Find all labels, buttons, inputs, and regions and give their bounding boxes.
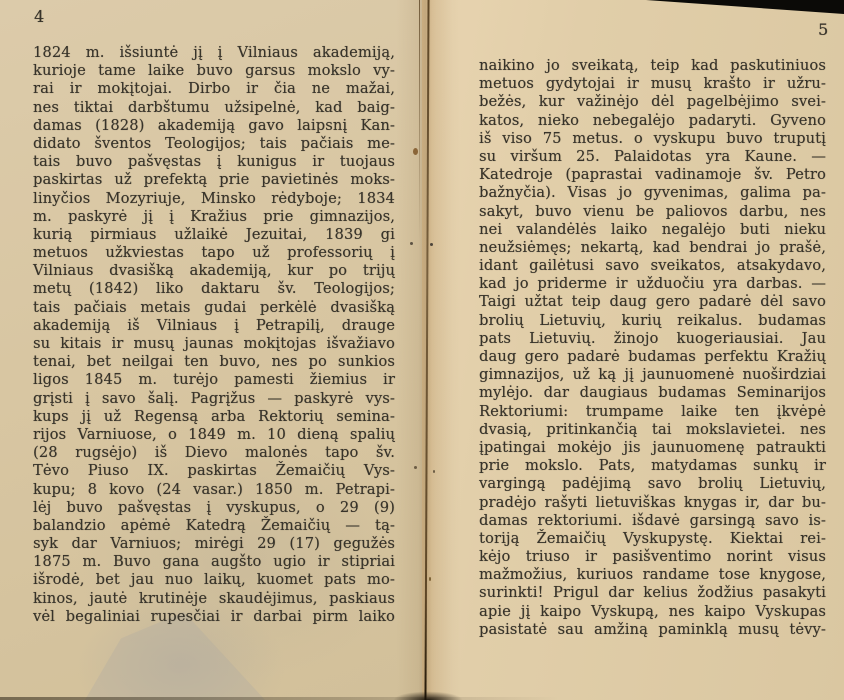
text-line: metuos užkviestas tapo už professorių į (33, 244, 395, 262)
paper-speck (433, 470, 435, 473)
text-line: metuos gydytojai ir musų krašto ir užru- (479, 75, 826, 93)
text-line: kėjo triuso ir pasišventimo norint visus (479, 548, 826, 566)
text-line: mažmožius, kuriuos randame tose knygose, (479, 566, 826, 584)
text-line: įpatingai mokėjo jis jaunuomenę patraukt… (479, 439, 826, 457)
text-line: mylėjo. dar daugiaus budamas Seminarijos (479, 384, 826, 402)
text-line: toriją Žemaičių Vyskupystę. Kiektai rei- (479, 530, 826, 548)
text-line: damas rektoriumi. išdavė garsingą savo i… (479, 512, 826, 530)
text-line: naikino jo sveikatą, teip kad paskutiniu… (479, 57, 826, 75)
text-line: kurioje tame laike buvo garsus mokslo vy… (33, 62, 395, 80)
book-photo: 4 1824 m. išsiuntė jį į Vilniaus akademi… (0, 0, 844, 700)
text-line: gimnazijos, už ką jį jaunuomenė nuoširdz… (479, 366, 826, 384)
text-line: kups jį už Regensą arba Rektorių semina- (33, 408, 395, 426)
text-line: su viršum 25. Palaidotas yra Kaune. — (479, 148, 826, 166)
text-line: vargingą padėjimą savo brolių Lietuvių, (479, 475, 826, 493)
text-line: apie jį kaipo Vyskupą, nes kaipo Vyskupa… (479, 603, 826, 621)
page-right-text: naikino jo sveikatą, teip kad paskutiniu… (479, 57, 826, 639)
text-line: bežės, kur važinėjo dėl pagelbėjimo svei… (479, 93, 826, 111)
text-line: prie mokslo. Pats, matydamas sunkų ir (479, 457, 826, 475)
text-line: 1824 m. išsiuntė jį į Vilniaus akademiją… (33, 44, 395, 62)
text-line: vėl begaliniai rupesčiai ir darbai pirm … (33, 608, 395, 626)
text-line: bažnyčia). Visas jo gyvenimas, galima pa… (479, 184, 826, 202)
paper-speck (429, 577, 431, 581)
text-line: pats Lietuvių. žinojo kuogeriausiai. Jau (479, 330, 826, 348)
text-line: idant gailėtusi savo sveikatos, atsakyda… (479, 257, 826, 275)
text-line: tenai, bet neilgai ten buvo, nes po sunk… (33, 353, 395, 371)
text-line: damas (1828) akademiją gavo laipsnį Kan- (33, 117, 395, 135)
text-line: iš viso 75 metus. o vyskupu buvo truputį (479, 130, 826, 148)
text-line: Taigi užtat teip daug gero padarė dėl sa… (479, 293, 826, 311)
text-line: kinos, jautė krutinėje skaudėjimus, pask… (33, 590, 395, 608)
text-line: m. paskyrė jį į Kražius prie gimnazijos, (33, 208, 395, 226)
text-line: pasistatė sau amžiną paminklą musų tėvy- (479, 621, 826, 639)
page-right: 5 naikino jo sveikatą, teip kad paskutin… (422, 0, 844, 700)
text-line: nes tiktai darbštumu užsipelnė, kad baig… (33, 99, 395, 117)
text-line: tais pačiais metais gudai perkėlė dvasiš… (33, 299, 395, 317)
page-number-left: 4 (34, 7, 44, 26)
text-line: Vilniaus dvasišką akademiją, kur po trij… (33, 262, 395, 280)
paper-speck (430, 243, 433, 246)
text-line: lėj buvo pašvęstas į vyskupus, o 29 (9) (33, 499, 395, 517)
text-line: 1875 m. Buvo gana augšto ugio ir stipria… (33, 553, 395, 571)
text-line: surinkti! Prigul dar kelius žodžius pasa… (479, 584, 826, 602)
page-left: 4 1824 m. išsiuntė jį į Vilniaus akademi… (0, 0, 422, 700)
page-number-right: 5 (818, 20, 828, 39)
text-line: rai ir mokįtojai. Dirbo ir čia ne mažai, (33, 80, 395, 98)
text-line: brolių Lietuvių, kurių reikalus. budamas (479, 312, 826, 330)
text-line: kupu; 8 kovo (24 vasar.) 1850 m. Petrapi… (33, 481, 395, 499)
text-line: Rektoriumi: trumpame laike ten įkvėpė (479, 403, 826, 421)
page-left-text: 1824 m. išsiuntė jį į Vilniaus akademiją… (33, 44, 395, 626)
text-line: (28 rugsėjo) iš Dievo malonės tapo šv. (33, 444, 395, 462)
text-line: metų (1842) liko daktaru šv. Teologijos; (33, 280, 395, 298)
text-line: didato šventos Teologijos; tais pačiais … (33, 135, 395, 153)
text-line: daug gero padarė budamas perfektu Kražių (479, 348, 826, 366)
text-line: dvasią, pritinkančią tai mokslavietei. n… (479, 421, 826, 439)
text-line: linyčios Mozyriuje, Minsko rėdyboje; 183… (33, 190, 395, 208)
text-line: kurią pirmiaus užlaikė Jezuitai, 1839 gi (33, 226, 395, 244)
text-line: neužsiėmęs; nekartą, kad bendrai jo praš… (479, 239, 826, 257)
text-line: rijos Varniuose, o 1849 m. 10 dieną spal… (33, 426, 395, 444)
text-line: su kitais ir musų jaunas mokįtojas išvaž… (33, 335, 395, 353)
paper-speck (413, 148, 418, 155)
text-line: sakyt, buvo vienu be paliovos darbu, nes (479, 203, 826, 221)
text-line: ligos 1845 m. turėjo pamesti žiemius ir (33, 371, 395, 389)
text-line: tais buvo pašvęstas į kunigus ir tuojaus (33, 153, 395, 171)
text-line: pradėjo rašyti lietuviškas knygas ir, da… (479, 494, 826, 512)
text-line: akademiją iš Vilniaus į Petrapilį, draug… (33, 317, 395, 335)
text-line: Katedroje (paprastai vadinamoje šv. Petr… (479, 166, 826, 184)
text-line: išrodė, bet jau nuo laikų, kuomet pats m… (33, 571, 395, 589)
text-line: grįsti į savo šalį. Pagrįžus — paskyrė v… (33, 390, 395, 408)
text-line: paskirtas už prefektą prie pavietinės mo… (33, 171, 395, 189)
paper-speck (414, 466, 417, 469)
text-line: nei valandėlės laiko negalėjo buti nieku (479, 221, 826, 239)
text-line: syk dar Varniuos; mirėgi 29 (17) gegužės (33, 535, 395, 553)
text-line: kad jo priderme ir užduočiu yra darbas. … (479, 275, 826, 293)
paper-speck (410, 242, 413, 245)
text-line: balandzio apėmė Katedrą Žemaičių — tą- (33, 517, 395, 535)
text-line: katos, nieko nebegalėjo padaryti. Gyveno (479, 112, 826, 130)
text-line: Tėvo Piuso IX. paskirtas Žemaičių Vys- (33, 462, 395, 480)
